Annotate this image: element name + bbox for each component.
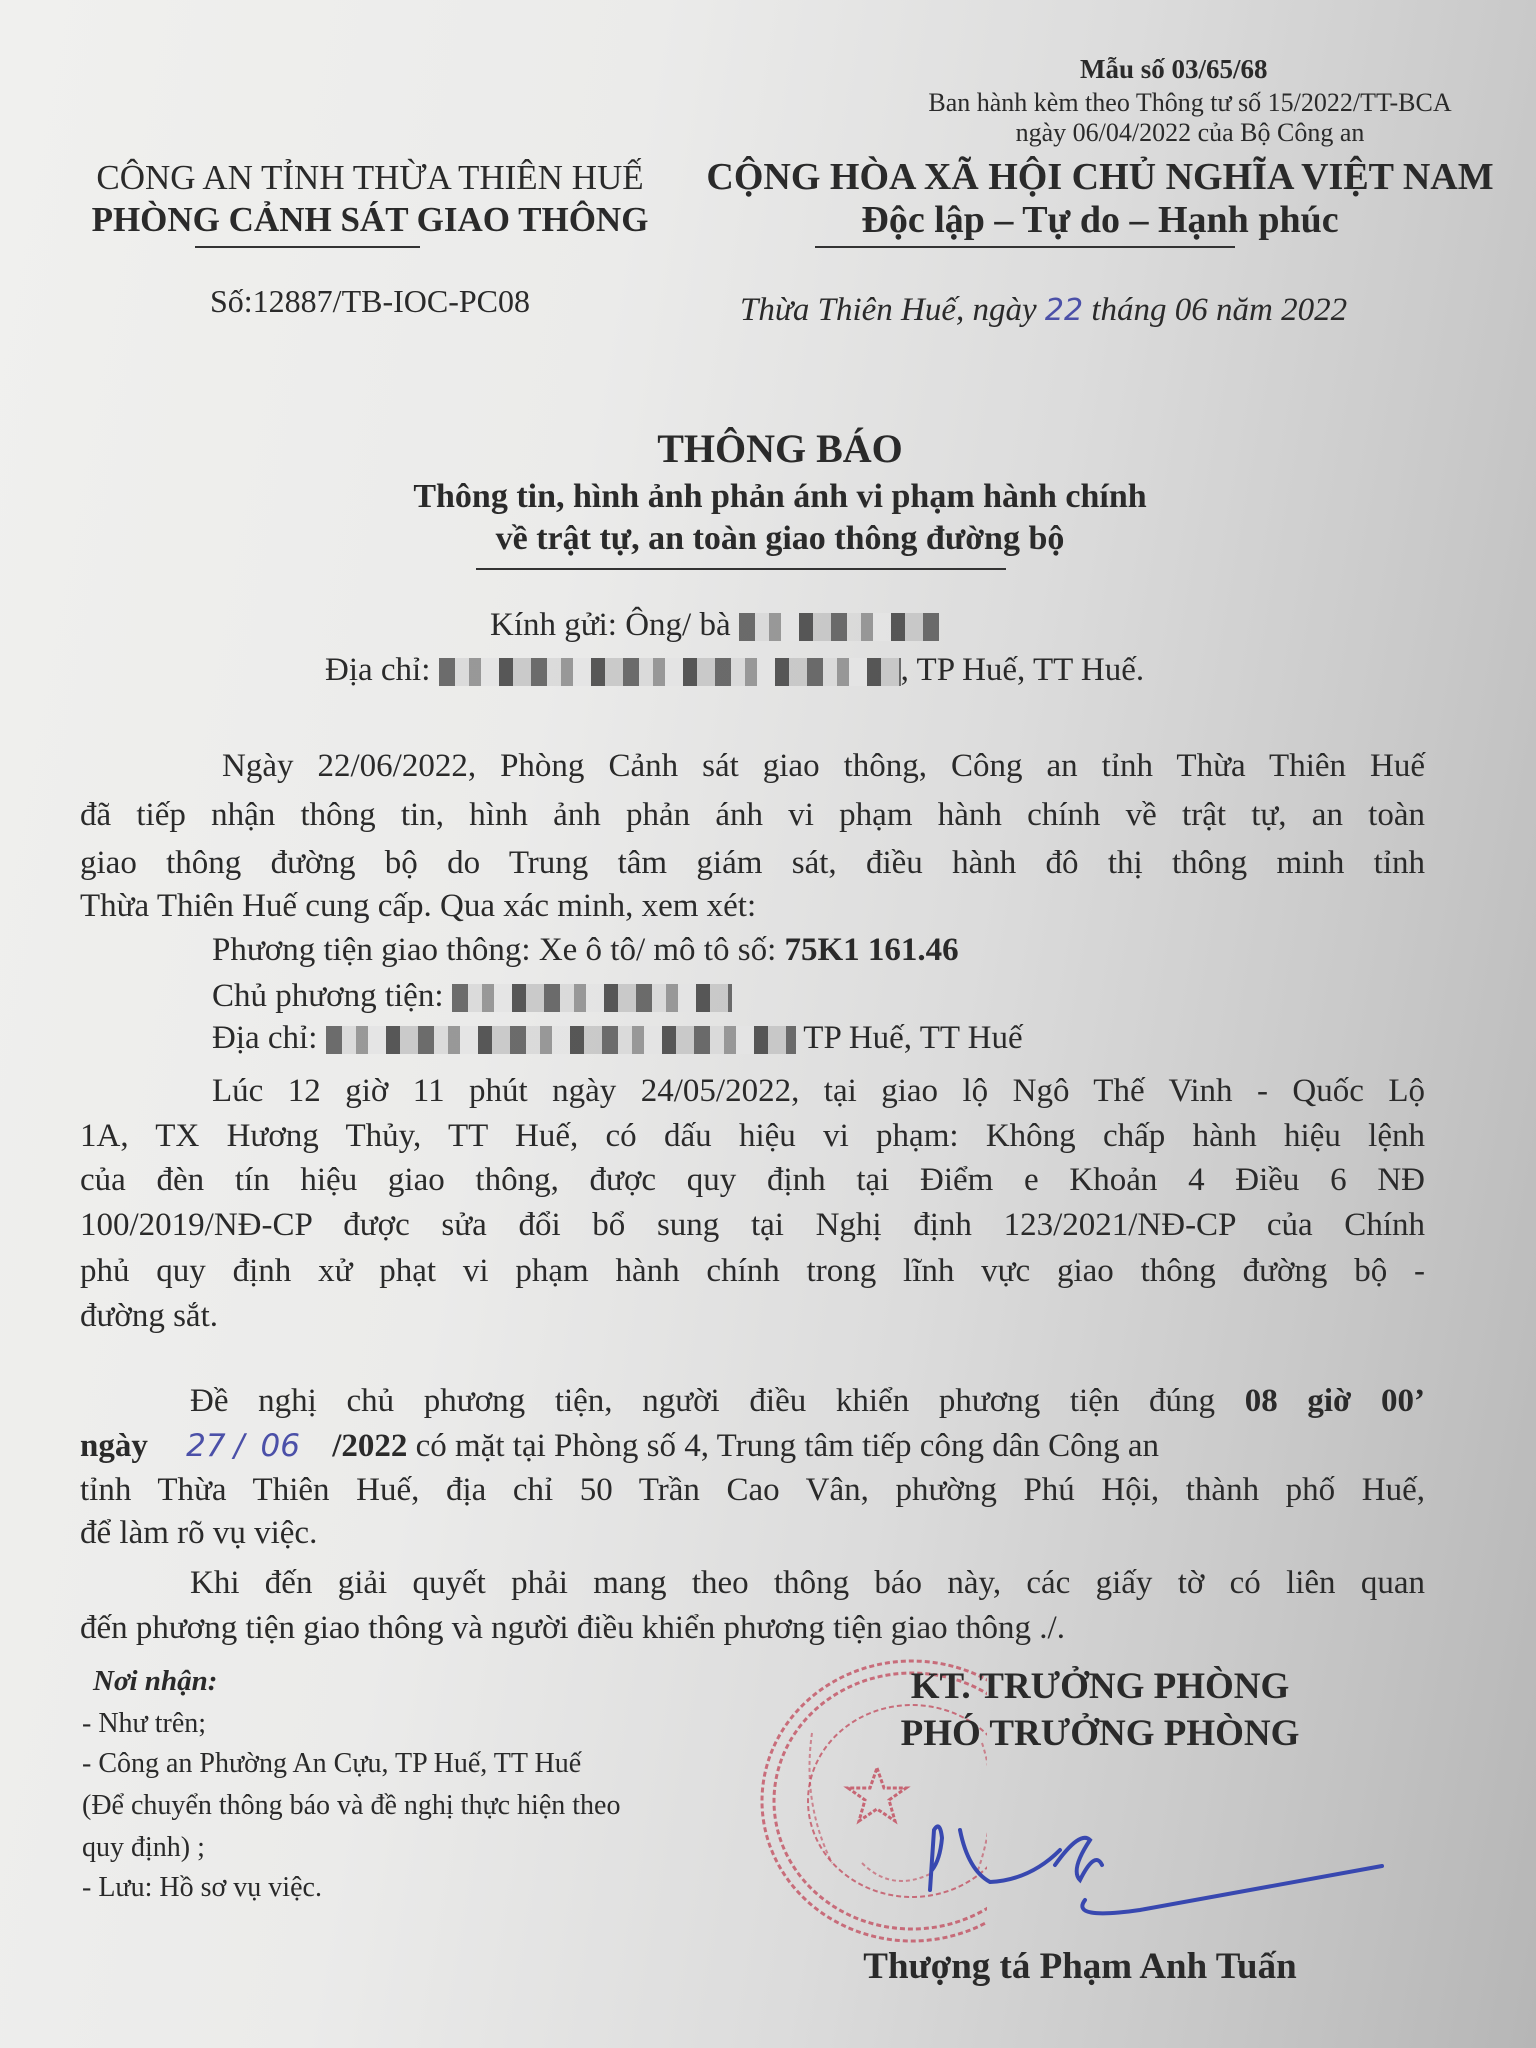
redacted-owner-address: [326, 1026, 796, 1054]
owner-line: Chủ phương tiện:: [212, 978, 732, 1015]
date-year: /2022: [332, 1428, 407, 1464]
body-line: của đèn tín hiệu giao thông, được quy đị…: [80, 1162, 1425, 1199]
recipient-item: (Để chuyển thông báo và đề nghị thực hiệ…: [82, 1790, 620, 1822]
body-line: để làm rõ vụ việc.: [80, 1515, 1425, 1552]
body-line: Lúc 12 giờ 11 phút ngày 24/05/2022, tại …: [212, 1073, 1425, 1110]
agency-parent: CÔNG AN TỈNH THỪA THIÊN HUẾ: [60, 158, 680, 198]
form-reference-date: ngày 06/04/2022 của Bộ Công an: [880, 118, 1500, 148]
recipient-item: - Lưu: Hồ sơ vụ việc.: [82, 1872, 322, 1904]
address-suffix: , TP Huế, TT Huế.: [901, 652, 1145, 688]
handwritten-month: 06: [261, 1428, 300, 1464]
recipients-title: Nơi nhận:: [93, 1665, 217, 1698]
handwritten-day: 22: [1045, 293, 1083, 328]
redacted-recipient-name: [739, 613, 939, 641]
recipient-line: Kính gửi: Ông/ bà: [490, 607, 939, 644]
recipient-item: quy định) ;: [82, 1832, 205, 1864]
summons-location: có mặt tại Phòng số 4, Trung tâm tiếp cô…: [407, 1428, 1159, 1464]
national-motto: Độc lập – Tự do – Hạnh phúc: [690, 198, 1510, 242]
summons-time: 08 giờ 00’: [1245, 1383, 1425, 1419]
owner-address-line: Địa chỉ: TP Huế, TT Huế: [212, 1020, 1023, 1057]
signatory-title-1: KT. TRƯỞNG PHÒNG: [840, 1665, 1360, 1708]
agency-underline: [195, 246, 420, 248]
redacted-recipient-address: [439, 658, 901, 686]
title-underline: [476, 568, 1006, 570]
owner-address-suffix: TP Huế, TT Huế: [796, 1020, 1023, 1056]
body-line: đường sắt.: [80, 1298, 1425, 1335]
owner-label: Chủ phương tiện:: [212, 978, 452, 1014]
handwritten-day: 27: [186, 1428, 225, 1464]
document-subtitle-1: Thông tin, hình ảnh phản ánh vi phạm hàn…: [0, 478, 1536, 516]
owner-address-label: Địa chỉ:: [212, 1020, 326, 1056]
signatory-title-2: PHÓ TRƯỞNG PHÒNG: [840, 1712, 1360, 1755]
form-number: Mẫu số 03/65/68: [1080, 54, 1380, 85]
body-line: phủ quy định xử phạt vi phạm hành chính …: [80, 1253, 1425, 1290]
vehicle-line: Phương tiện giao thông: Xe ô tô/ mô tô s…: [212, 932, 959, 969]
body-line: đã tiếp nhận thông tin, hình ảnh phản án…: [80, 797, 1425, 834]
motto-underline: [815, 246, 1235, 248]
body-line: đến phương tiện giao thông và người điều…: [80, 1610, 1425, 1647]
document-subtitle-2: về trật tự, an toàn giao thông đường bộ: [0, 520, 1536, 558]
date-label: ngày: [80, 1428, 148, 1464]
body-line: 100/2019/NĐ-CP được sửa đổi bổ sung tại …: [80, 1207, 1425, 1244]
document-number: Số:12887/TB-IOC-PC08: [60, 283, 680, 320]
place-date-suffix: tháng 06 năm 2022: [1083, 292, 1347, 328]
recipient-item: - Như trên;: [82, 1708, 206, 1740]
license-plate: 75K1 161.46: [785, 932, 959, 968]
salutation: Kính gửi: Ông/ bà: [490, 607, 739, 643]
form-reference: Ban hành kèm theo Thông tư số 15/2022/TT…: [880, 88, 1500, 118]
vehicle-label: Phương tiện giao thông: Xe ô tô/ mô tô s…: [212, 932, 785, 968]
summons-line: Đề nghị chủ phương tiện, người điều khiể…: [190, 1383, 1425, 1420]
national-title: CỘNG HÒA XÃ HỘI CHỦ NGHĨA VIỆT NAM: [690, 155, 1510, 199]
body-line: tỉnh Thừa Thiên Huế, địa chỉ 50 Trần Cao…: [80, 1472, 1425, 1509]
signer-name: Thượng tá Phạm Anh Tuấn: [820, 1945, 1340, 1988]
body-line: Ngày 22/06/2022, Phòng Cảnh sát giao thô…: [222, 748, 1425, 785]
recipient-address-line: Địa chỉ: , TP Huế, TT Huế.: [325, 652, 1144, 689]
summons-date-line: ngày 27 / 06 /2022 có mặt tại Phòng số 4…: [80, 1428, 1425, 1465]
signature-icon: [920, 1810, 1390, 1930]
document-title: THÔNG BÁO: [0, 425, 1536, 472]
body-line: 1A, TX Hương Thủy, TT Huế, có dấu hiệu v…: [80, 1118, 1425, 1155]
recipient-item: - Công an Phường An Cựu, TP Huế, TT Huế: [82, 1748, 581, 1780]
agency-department: PHÒNG CẢNH SÁT GIAO THÔNG: [60, 200, 680, 240]
redacted-owner-name: [452, 984, 732, 1012]
place-date-prefix: Thừa Thiên Huế, ngày: [740, 292, 1045, 328]
place-date: Thừa Thiên Huế, ngày 22 tháng 06 năm 202…: [740, 292, 1347, 329]
address-label: Địa chỉ:: [325, 652, 439, 688]
body-line: Khi đến giải quyết phải mang theo thông …: [190, 1565, 1425, 1602]
summons-text: Đề nghị chủ phương tiện, người điều khiể…: [190, 1383, 1245, 1419]
body-line: giao thông đường bộ do Trung tâm giám sá…: [80, 845, 1425, 882]
body-line: Thừa Thiên Huế cung cấp. Qua xác minh, x…: [80, 888, 1425, 925]
